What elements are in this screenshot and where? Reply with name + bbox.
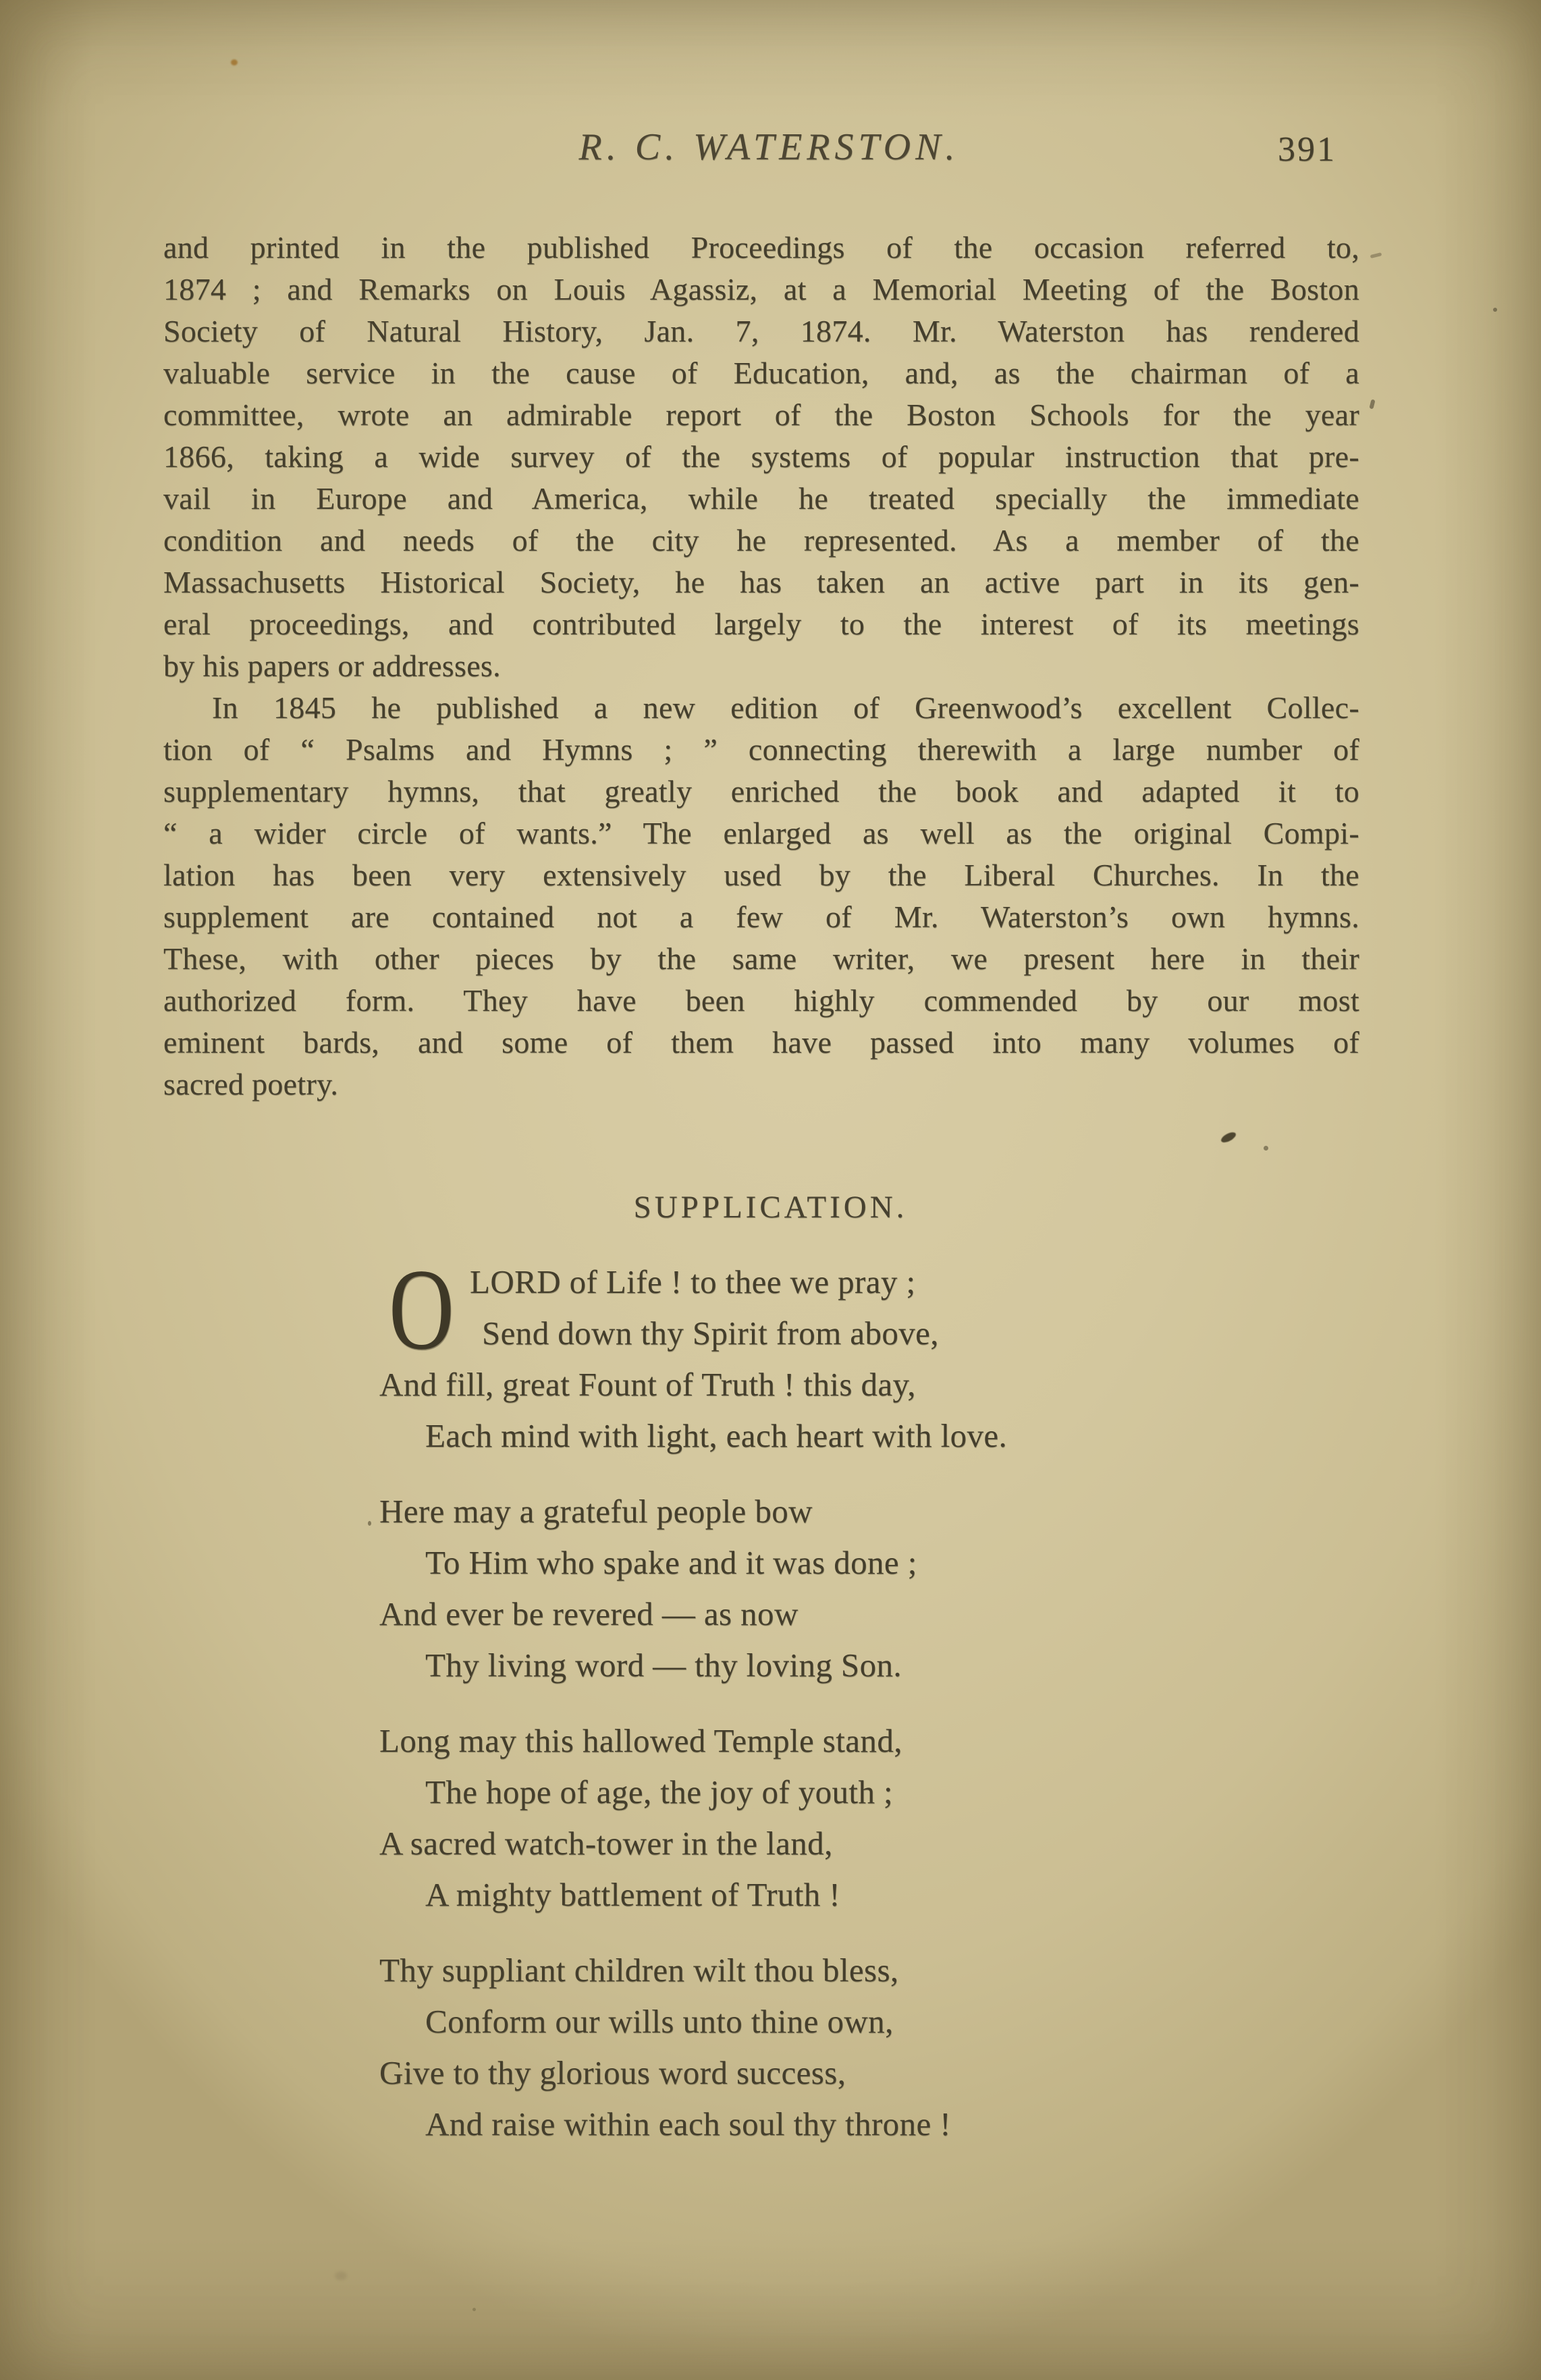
paper-speck <box>368 1521 371 1526</box>
text-line: “ a wider circle of wants.” The enlarged… <box>163 812 1359 854</box>
poem-line: Give to thy glorious word success, <box>379 2047 1007 2099</box>
poem-line: And raise within each soul thy throne ! <box>379 2099 1007 2150</box>
text-line: authorized form. They have been highly c… <box>163 980 1359 1022</box>
text-line: tion of “ Psalms and Hymns ; ” connectin… <box>163 729 1359 771</box>
poem-line: Send down thy Spirit from above, <box>379 1308 1007 1359</box>
paragraph: and printed in the published Proceedings… <box>163 227 1359 687</box>
poem-line: And fill, great Fount of Truth ! this da… <box>379 1359 1007 1410</box>
poem-line: Thy suppliant children wilt thou bless, <box>379 1945 1007 1996</box>
text-line: In 1845 he published a new edition of Gr… <box>163 687 1359 729</box>
page-header: R. C. WATERSTON. 391 <box>163 126 1375 179</box>
paper-speck <box>335 2271 347 2280</box>
poem-line: And ever be revered — as now <box>379 1588 1007 1640</box>
paper-speck <box>231 59 238 65</box>
poem-line: To Him who spake and it was done ; <box>379 1537 1007 1588</box>
poem-line: A sacred watch-tower in the land, <box>379 1818 1007 1869</box>
paper-speck <box>1493 308 1497 312</box>
text-line: eral proceedings, and contributed largel… <box>163 603 1359 645</box>
paper-speck <box>472 2308 476 2311</box>
poem-stanza: Thy suppliant children wilt thou bless,C… <box>379 1945 1007 2150</box>
poem-line: The hope of age, the joy of youth ; <box>379 1767 1007 1818</box>
text-line: valuable service in the cause of Educati… <box>163 352 1359 394</box>
paragraph: In 1845 he published a new edition of Gr… <box>163 687 1359 1105</box>
poem-line: Conform our wills unto thine own, <box>379 1996 1007 2047</box>
poem-line: LORD of Life ! to thee we pray ; <box>379 1256 1007 1308</box>
text-line: supplementary hymns, that greatly enrich… <box>163 771 1359 812</box>
text-line: committee, wrote an admirable report of … <box>163 394 1359 436</box>
body-paragraphs: and printed in the published Proceedings… <box>163 227 1359 1105</box>
drop-cap-letter: O <box>389 1252 454 1368</box>
text-line: lation has been very extensively used by… <box>163 854 1359 896</box>
text-line: sacred poetry. <box>163 1063 1359 1105</box>
paper-speck <box>1369 399 1375 409</box>
text-line: and printed in the published Proceedings… <box>163 227 1359 269</box>
paper-speck <box>1370 252 1382 258</box>
text-line: eminent bards, and some of them have pas… <box>163 1022 1359 1063</box>
poem-line: Here may a grateful people bow <box>379 1486 1007 1537</box>
poem-title: SUPPLICATION. <box>0 1189 1541 1225</box>
poem-line: Each mind with light, each heart with lo… <box>379 1410 1007 1462</box>
text-line: Massachusetts Historical Society, he has… <box>163 561 1359 603</box>
paper-speck <box>1220 1130 1237 1144</box>
poem-stanza: Long may this hallowed Temple stand,The … <box>379 1715 1007 1920</box>
page-number: 391 <box>1278 130 1336 169</box>
running-title: R. C. WATERSTON. <box>163 126 1375 169</box>
poem-line: Long may this hallowed Temple stand, <box>379 1715 1007 1767</box>
poem-line: A mighty battlement of Truth ! <box>379 1869 1007 1920</box>
text-line: 1874 ; and Remarks on Louis Agassiz, at … <box>163 269 1359 310</box>
text-line: These, with other pieces by the same wri… <box>163 938 1359 980</box>
text-line: 1866, taking a wide survey of the system… <box>163 436 1359 478</box>
text-line: vail in Europe and America, while he tre… <box>163 478 1359 520</box>
text-line: condition and needs of the city he repre… <box>163 520 1359 561</box>
poem-stanza: Here may a grateful people bowTo Him who… <box>379 1486 1007 1691</box>
text-line: by his papers or addresses. <box>163 645 1359 687</box>
poem-stanza: OLORD of Life ! to thee we pray ;Send do… <box>379 1256 1007 1462</box>
book-page: R. C. WATERSTON. 391 and printed in the … <box>0 0 1541 2380</box>
text-line: Society of Natural History, Jan. 7, 1874… <box>163 310 1359 352</box>
poem: OLORD of Life ! to thee we pray ;Send do… <box>379 1256 1007 2174</box>
text-line: supplement are contained not a few of Mr… <box>163 896 1359 938</box>
poem-line: Thy living word — thy loving Son. <box>379 1640 1007 1691</box>
paper-speck <box>1264 1146 1268 1151</box>
